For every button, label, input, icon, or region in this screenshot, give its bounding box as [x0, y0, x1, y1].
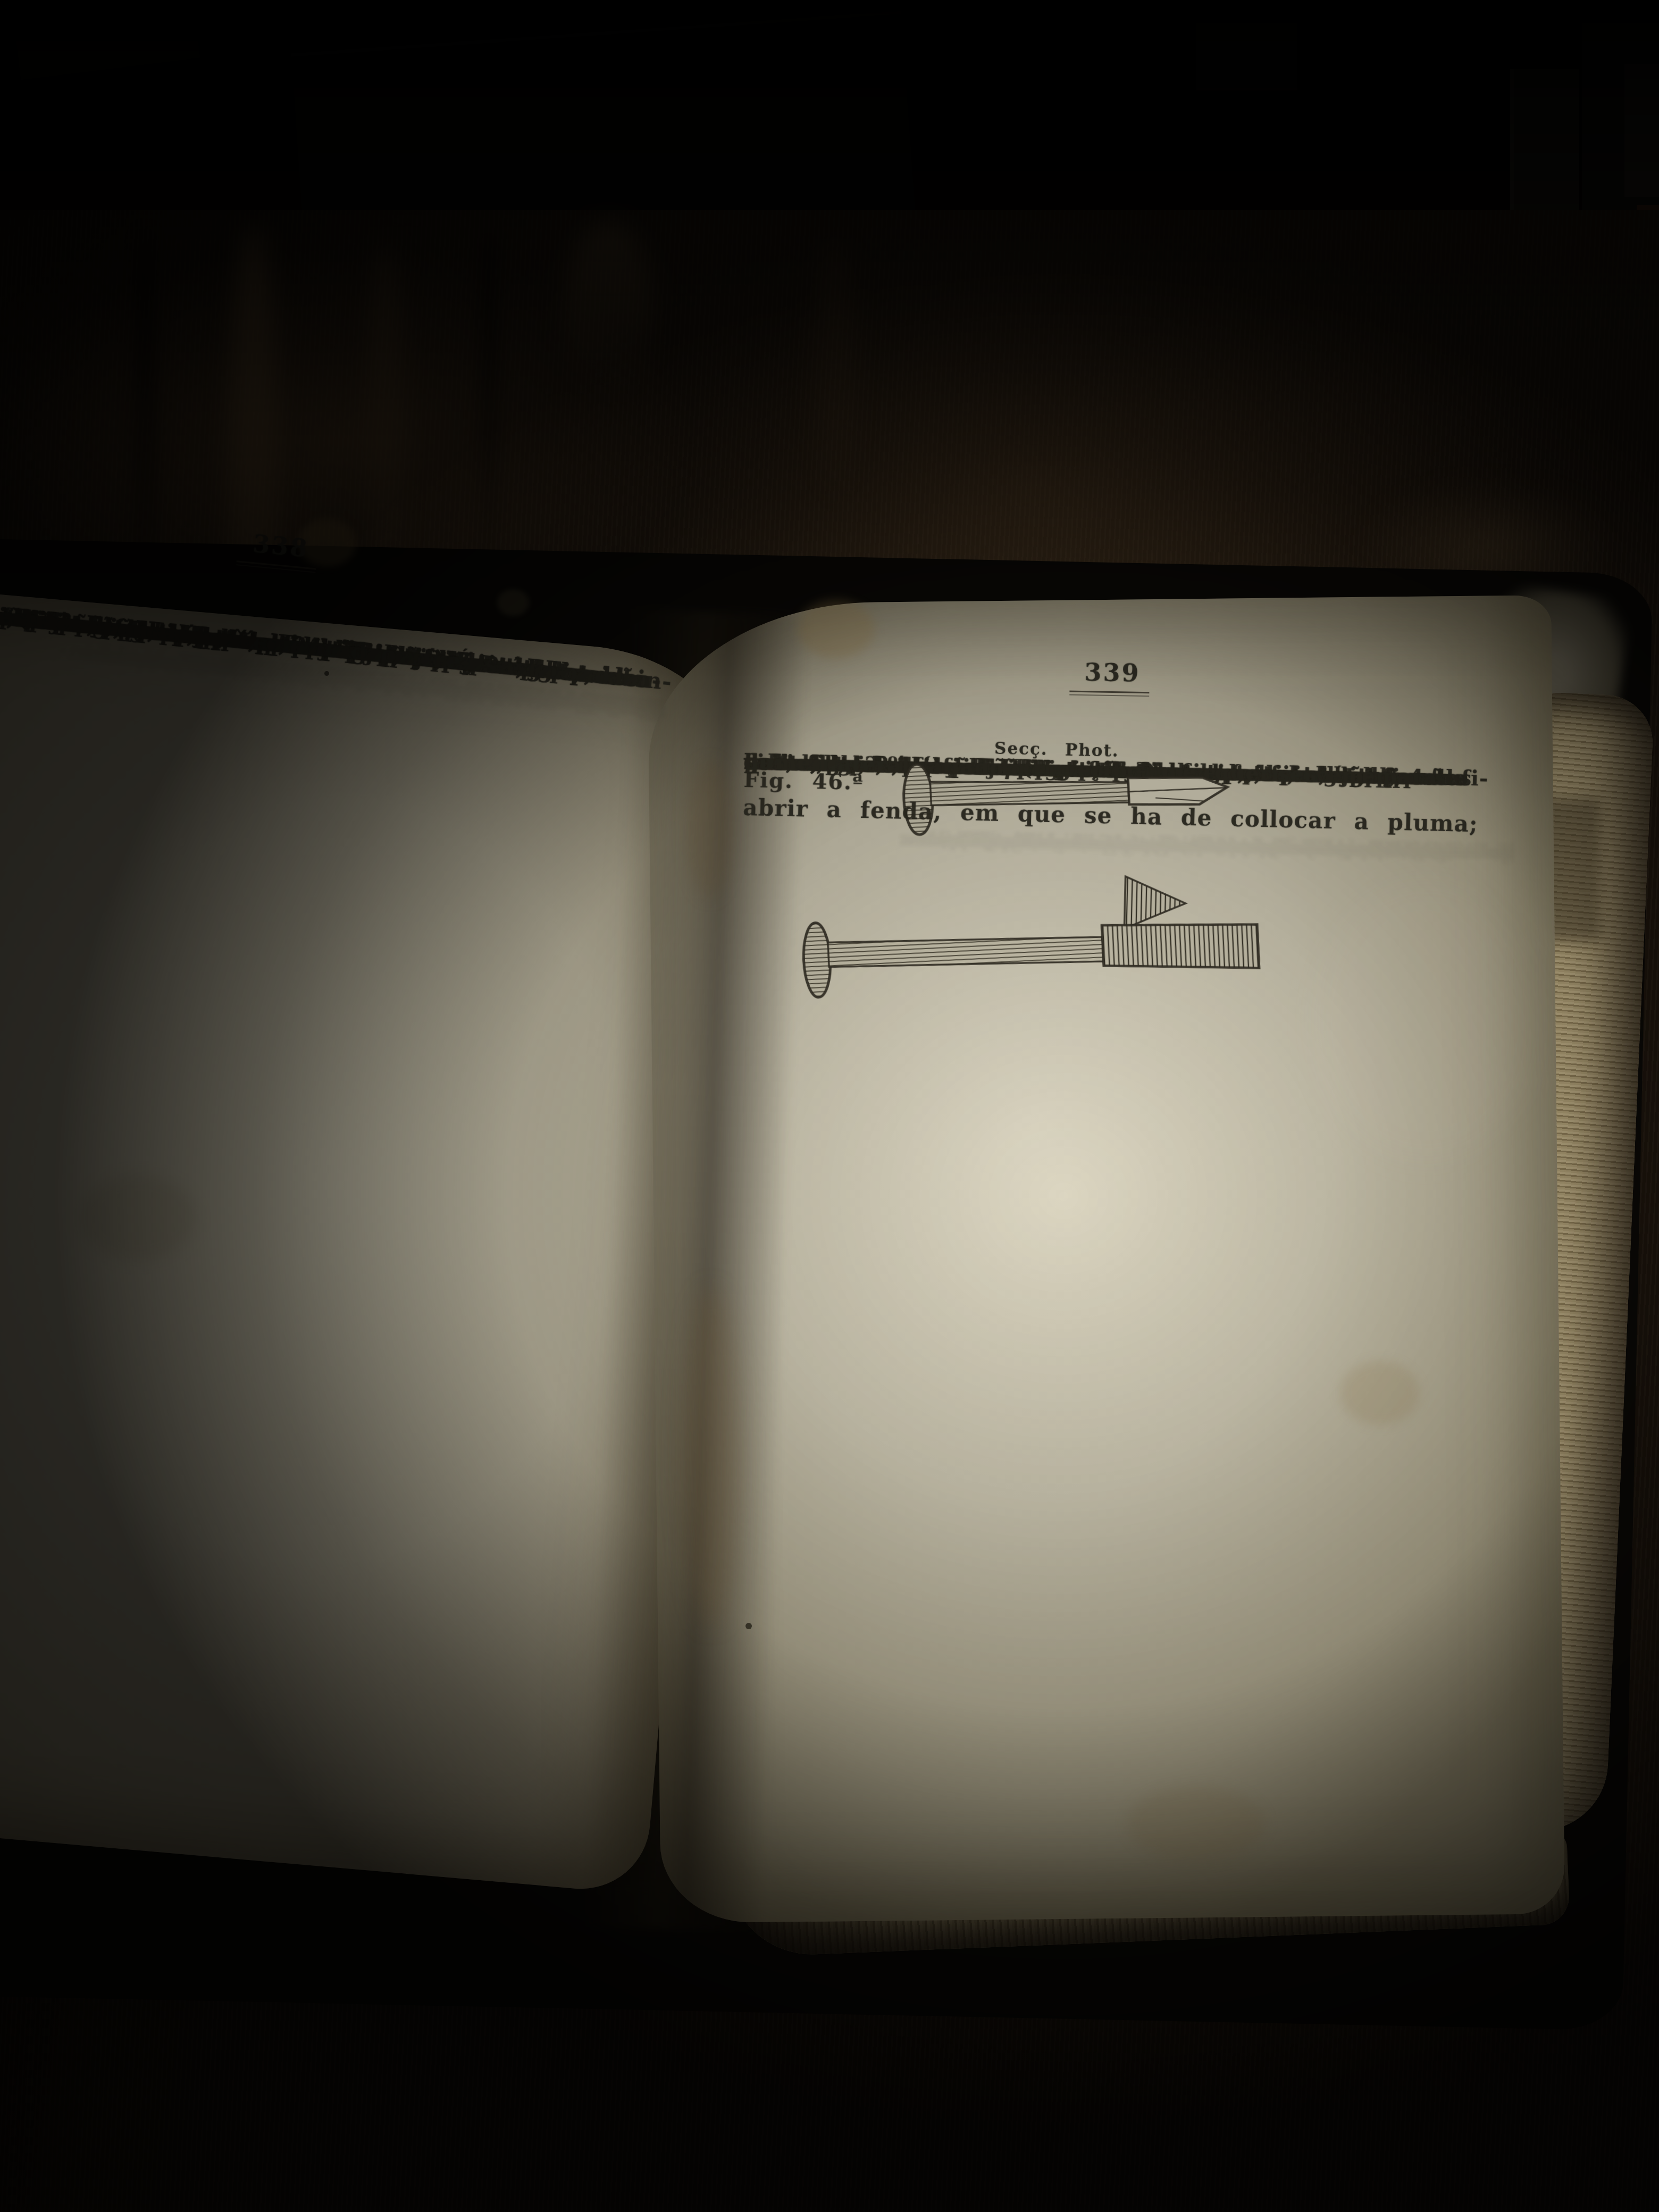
chisel-flat-blade-icon	[802, 902, 1260, 998]
paper-stain	[798, 600, 875, 658]
ink-speck	[745, 1623, 752, 1629]
right-page-header: 339	[1070, 658, 1155, 688]
paper-stain	[1340, 1361, 1420, 1425]
figure-caption: Secç. Phot.	[994, 734, 1119, 766]
cloth-fold-highlight	[814, 242, 856, 508]
cloth-crease-shadow	[479, 231, 500, 604]
photo-open-book: sitio soalheiro é transferida para um lo…	[0, 0, 1659, 2212]
cloth-fold-highlight	[564, 221, 654, 396]
paper-stain	[497, 589, 529, 616]
gutter-stain	[682, 1287, 740, 1627]
paper-stain	[1127, 1787, 1266, 1861]
gutter-stain	[686, 760, 734, 899]
background-shelf-item	[1624, 64, 1659, 197]
right-page-number: 339	[1070, 658, 1155, 688]
background-object	[1196, 0, 1297, 90]
background-object	[12, 0, 200, 80]
paper-stain	[80, 1175, 197, 1260]
wedge-triangle-icon	[1124, 876, 1186, 930]
